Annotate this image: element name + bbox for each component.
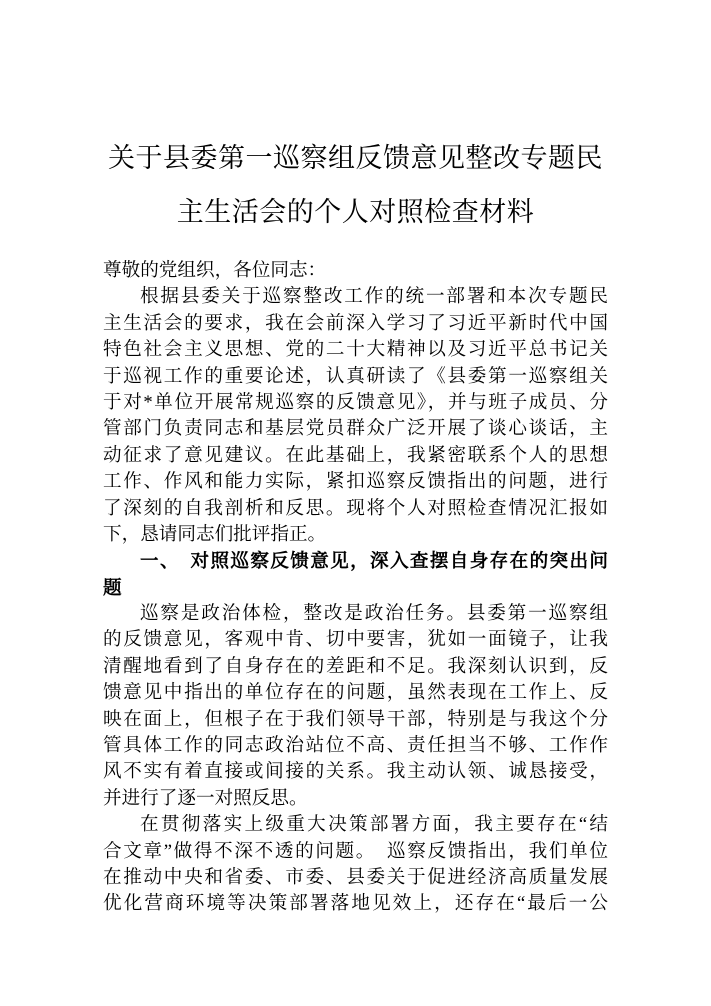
document-page: 关于县委第一巡察组反馈意见整改专题民 主生活会的个人对照检查材料 尊敬的党组织，… bbox=[0, 0, 711, 1006]
body-line: 下，恳请同志们批评指正。 bbox=[103, 522, 608, 548]
body-line: 了深刻的自我剖析和反思。现将个人对照检查情况汇报如 bbox=[103, 496, 608, 522]
salutation-line: 尊敬的党组织，各位同志： bbox=[103, 258, 608, 284]
document-title: 关于县委第一巡察组反馈意见整改专题民 主生活会的个人对照检查材料 bbox=[103, 131, 608, 239]
body-line: 映在面上，但根子在于我们领导干部，特别是与我这个分 bbox=[103, 707, 608, 733]
body-line: 动征求了意见建议。在此基础上，我紧密联系个人的思想 bbox=[103, 443, 608, 469]
body-line: 优化营商环境等决策部署落地见效上，还存在“最后一公 bbox=[103, 891, 608, 917]
body-line: 于巡视工作的重要论述，认真研读了《县委第一巡察组关 bbox=[103, 364, 608, 390]
body-line: 在推动中央和省委、市委、县委关于促进经济高质量发展 bbox=[103, 865, 608, 891]
body-line: 根据县委关于巡察整改工作的统一部署和本次专题民 bbox=[103, 284, 608, 310]
body-line: 清醒地看到了自身存在的差距和不足。我深刻认识到，反 bbox=[103, 654, 608, 680]
document-title-line-1: 关于县委第一巡察组反馈意见整改专题民 bbox=[103, 131, 608, 185]
body-line: 工作、作风和能力实际，紧扣巡察反馈指出的问题，进行 bbox=[103, 469, 608, 495]
document-body: 尊敬的党组织，各位同志： 根据县委关于巡察整改工作的统一部署和本次专题民 主生活… bbox=[103, 258, 608, 918]
body-line: 馈意见中指出的单位存在的问题，虽然表现在工作上、反 bbox=[103, 680, 608, 706]
body-line: 管部门负责同志和基层党员群众广泛开展了谈心谈话，主 bbox=[103, 416, 608, 442]
section-heading-line: 题 bbox=[103, 575, 608, 601]
body-line: 的反馈意见，客观中肯、切中要害，犹如一面镜子，让我 bbox=[103, 627, 608, 653]
body-line: 管具体工作的同志政治站位不高、责任担当不够、工作作 bbox=[103, 733, 608, 759]
body-line: 并进行了逐一对照反思。 bbox=[103, 786, 608, 812]
document-title-line-2: 主生活会的个人对照检查材料 bbox=[103, 185, 608, 239]
body-line: 在贯彻落实上级重大决策部署方面，我主要存在“结 bbox=[103, 812, 608, 838]
body-line: 风不实有着直接或间接的关系。我主动认领、诚恳接受， bbox=[103, 759, 608, 785]
section-heading-line: 一、 对照巡察反馈意见，深入查摆自身存在的突出问 bbox=[103, 548, 608, 574]
body-line: 于对*单位开展常规巡察的反馈意见》，并与班子成员、分 bbox=[103, 390, 608, 416]
body-line: 特色社会主义思想、党的二十大精神以及习近平总书记关 bbox=[103, 337, 608, 363]
body-line: 合文章”做得不深不透的问题。 巡察反馈指出，我们单位 bbox=[103, 839, 608, 865]
body-line: 巡察是政治体检，整改是政治任务。县委第一巡察组 bbox=[103, 601, 608, 627]
body-line: 主生活会的要求，我在会前深入学习了习近平新时代中国 bbox=[103, 311, 608, 337]
